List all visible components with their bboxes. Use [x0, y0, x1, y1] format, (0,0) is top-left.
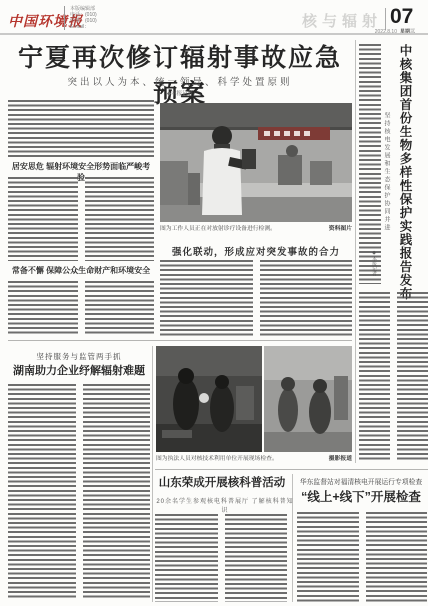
lab-photo-illustration	[160, 103, 352, 222]
main-photo	[160, 103, 352, 222]
light-photo-illustration	[264, 346, 352, 452]
text-columns	[359, 292, 428, 462]
main-byline: ◆本报记者	[8, 89, 352, 97]
text-column	[83, 384, 151, 600]
page-number: 07	[390, 5, 413, 29]
text-column	[155, 514, 218, 602]
column-divider	[355, 40, 356, 463]
text-column	[359, 44, 381, 284]
header-rule	[0, 33, 428, 35]
main-photo-caption: 图为工作人员正在对放射诊疗设备进行检测。 资料图片	[160, 226, 352, 233]
text-columns	[297, 512, 427, 602]
masthead-contact: 本版编辑部 电话：(010) 传真：(010) E-mail：	[64, 6, 97, 30]
middle-photo-caption: 图为执法人员对核技术利用单位开展现场检查。 摄影报道	[156, 456, 352, 463]
column-divider	[152, 346, 153, 602]
subhead-3: 强化联动，形成应对突发事故的合力	[160, 244, 352, 258]
inspection-photo-right	[264, 346, 352, 452]
column-divider	[292, 474, 293, 602]
newspaper-page: 中国环境报 本版编辑部 电话：(010) 传真：(010) E-mail： 核与…	[0, 0, 428, 606]
caption-text: 图为执法人员对核技术利用单位开展现场检查。	[156, 456, 278, 463]
text-column	[8, 281, 78, 334]
text-column	[85, 281, 155, 334]
text-column	[8, 177, 78, 261]
bottom-left-kicker: 坚持服务与监管两手抓	[8, 351, 150, 362]
inspection-photo-left	[156, 346, 262, 452]
bottom-left-headline: 湖南助力企业纾解辐射难题	[8, 362, 150, 378]
text-columns	[8, 177, 154, 261]
main-subtitle: 突出以人为本、统一领导、科学处置原则	[8, 74, 352, 88]
text-columns	[8, 384, 150, 600]
bottom-middle-headline: 山东荣成开展核科普活动	[155, 474, 289, 490]
text-columns	[8, 281, 154, 334]
text-column	[397, 292, 428, 462]
text-block-intro	[8, 100, 154, 157]
text-column	[85, 177, 155, 261]
caption-credit: 资料图片	[323, 226, 352, 233]
section-rule	[8, 340, 352, 341]
bottom-right-kicker: 华东监督站对福清核电开展运行专项检查	[296, 476, 426, 486]
header-divider	[385, 8, 386, 30]
text-columns	[160, 260, 352, 336]
caption-text: 图为工作人员正在对放射诊疗设备进行检测。	[160, 226, 276, 233]
text-column	[260, 260, 353, 336]
dark-photo-illustration	[156, 346, 262, 452]
text-column	[366, 512, 428, 602]
text-column	[225, 514, 288, 602]
section-rule	[155, 469, 428, 470]
text-column	[359, 292, 390, 462]
text-column	[297, 512, 359, 602]
right-article-subtitle: 坚持核电发展和生态保护协同并进	[382, 112, 391, 312]
subhead-2: 常备不懈 保障公众生命财产和环境安全	[8, 265, 154, 276]
text-columns	[155, 514, 287, 602]
text-column	[8, 384, 76, 600]
bottom-middle-subtitle: 20余名学生参观核电科普展厅 了解核科普知识	[155, 496, 295, 514]
contact-line: E-mail：	[70, 24, 97, 30]
text-column	[160, 260, 253, 336]
caption-credit: 摄影报道	[323, 456, 352, 463]
bottom-right-headline: “线上+线下”开展检查	[296, 487, 426, 505]
